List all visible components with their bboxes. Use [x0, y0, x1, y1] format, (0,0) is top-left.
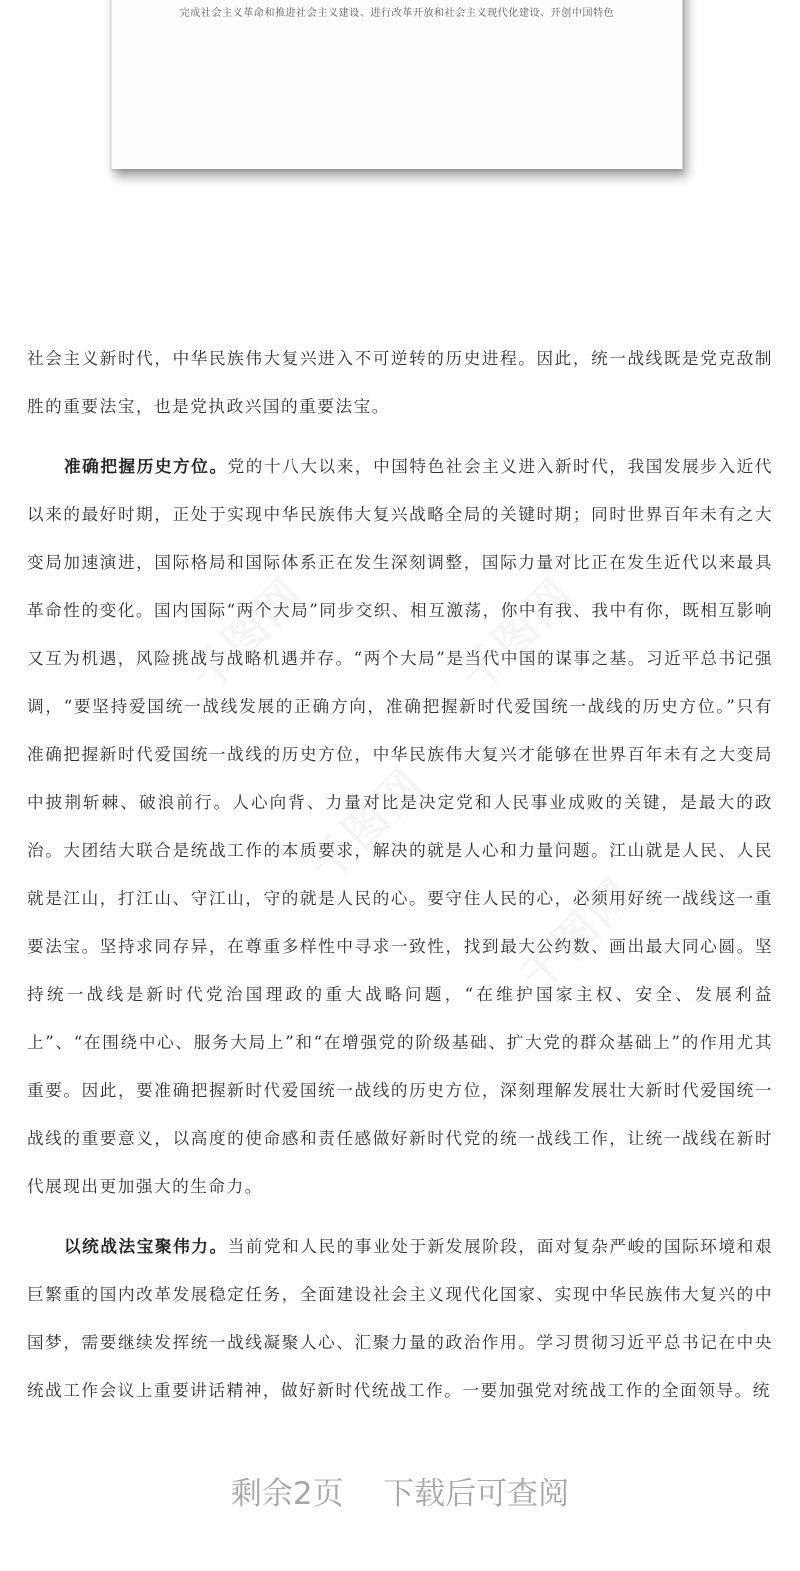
paragraph-text: 党的十八大以来，中国特色社会主义进入新时代，我国发展步入近代以来的最好时期，正处… [27, 457, 773, 1196]
article-body: 社会主义新时代，中华民族伟大复兴进入不可逆转的历史进程。因此，统一战线既是党克敌… [27, 334, 773, 1426]
paragraph-text: 当前党和人民的事业处于新发展阶段，面对复杂严峻的国际环境和艰巨繁重的国内改革发展… [27, 1237, 773, 1400]
paragraph: 社会主义新时代，中华民族伟大复兴进入不可逆转的历史进程。因此，统一战线既是党克敌… [27, 334, 773, 431]
download-prompt[interactable]: 剩余2页 下载后可查阅 [0, 1468, 800, 1513]
paragraph-text: 社会主义新时代，中华民族伟大复兴进入不可逆转的历史进程。因此，统一战线既是党克敌… [27, 349, 773, 416]
paragraph: 准确把握历史方位。党的十八大以来，中国特色社会主义进入新时代，我国发展步入近代以… [27, 442, 773, 1211]
paragraph-lead-heading: 以统战法宝聚伟力。 [64, 1236, 228, 1256]
paragraph-lead-heading: 准确把握历史方位。 [64, 456, 228, 476]
paragraph: 以统战法宝聚伟力。当前党和人民的事业处于新发展阶段，面对复杂严峻的国际环境和艰巨… [27, 1222, 773, 1415]
document-preview-page: 完成社会主义革命和推进社会主义建设、进行改革开放和社会主义现代化建设、开创中国特… [111, 0, 683, 169]
preview-page-caption: 完成社会主义革命和推进社会主义建设、进行改革开放和社会主义现代化建设、开创中国特… [112, 4, 682, 19]
remaining-pages-label[interactable]: 剩余2页 [231, 1476, 344, 1512]
download-hint-label[interactable]: 下载后可查阅 [383, 1476, 569, 1512]
